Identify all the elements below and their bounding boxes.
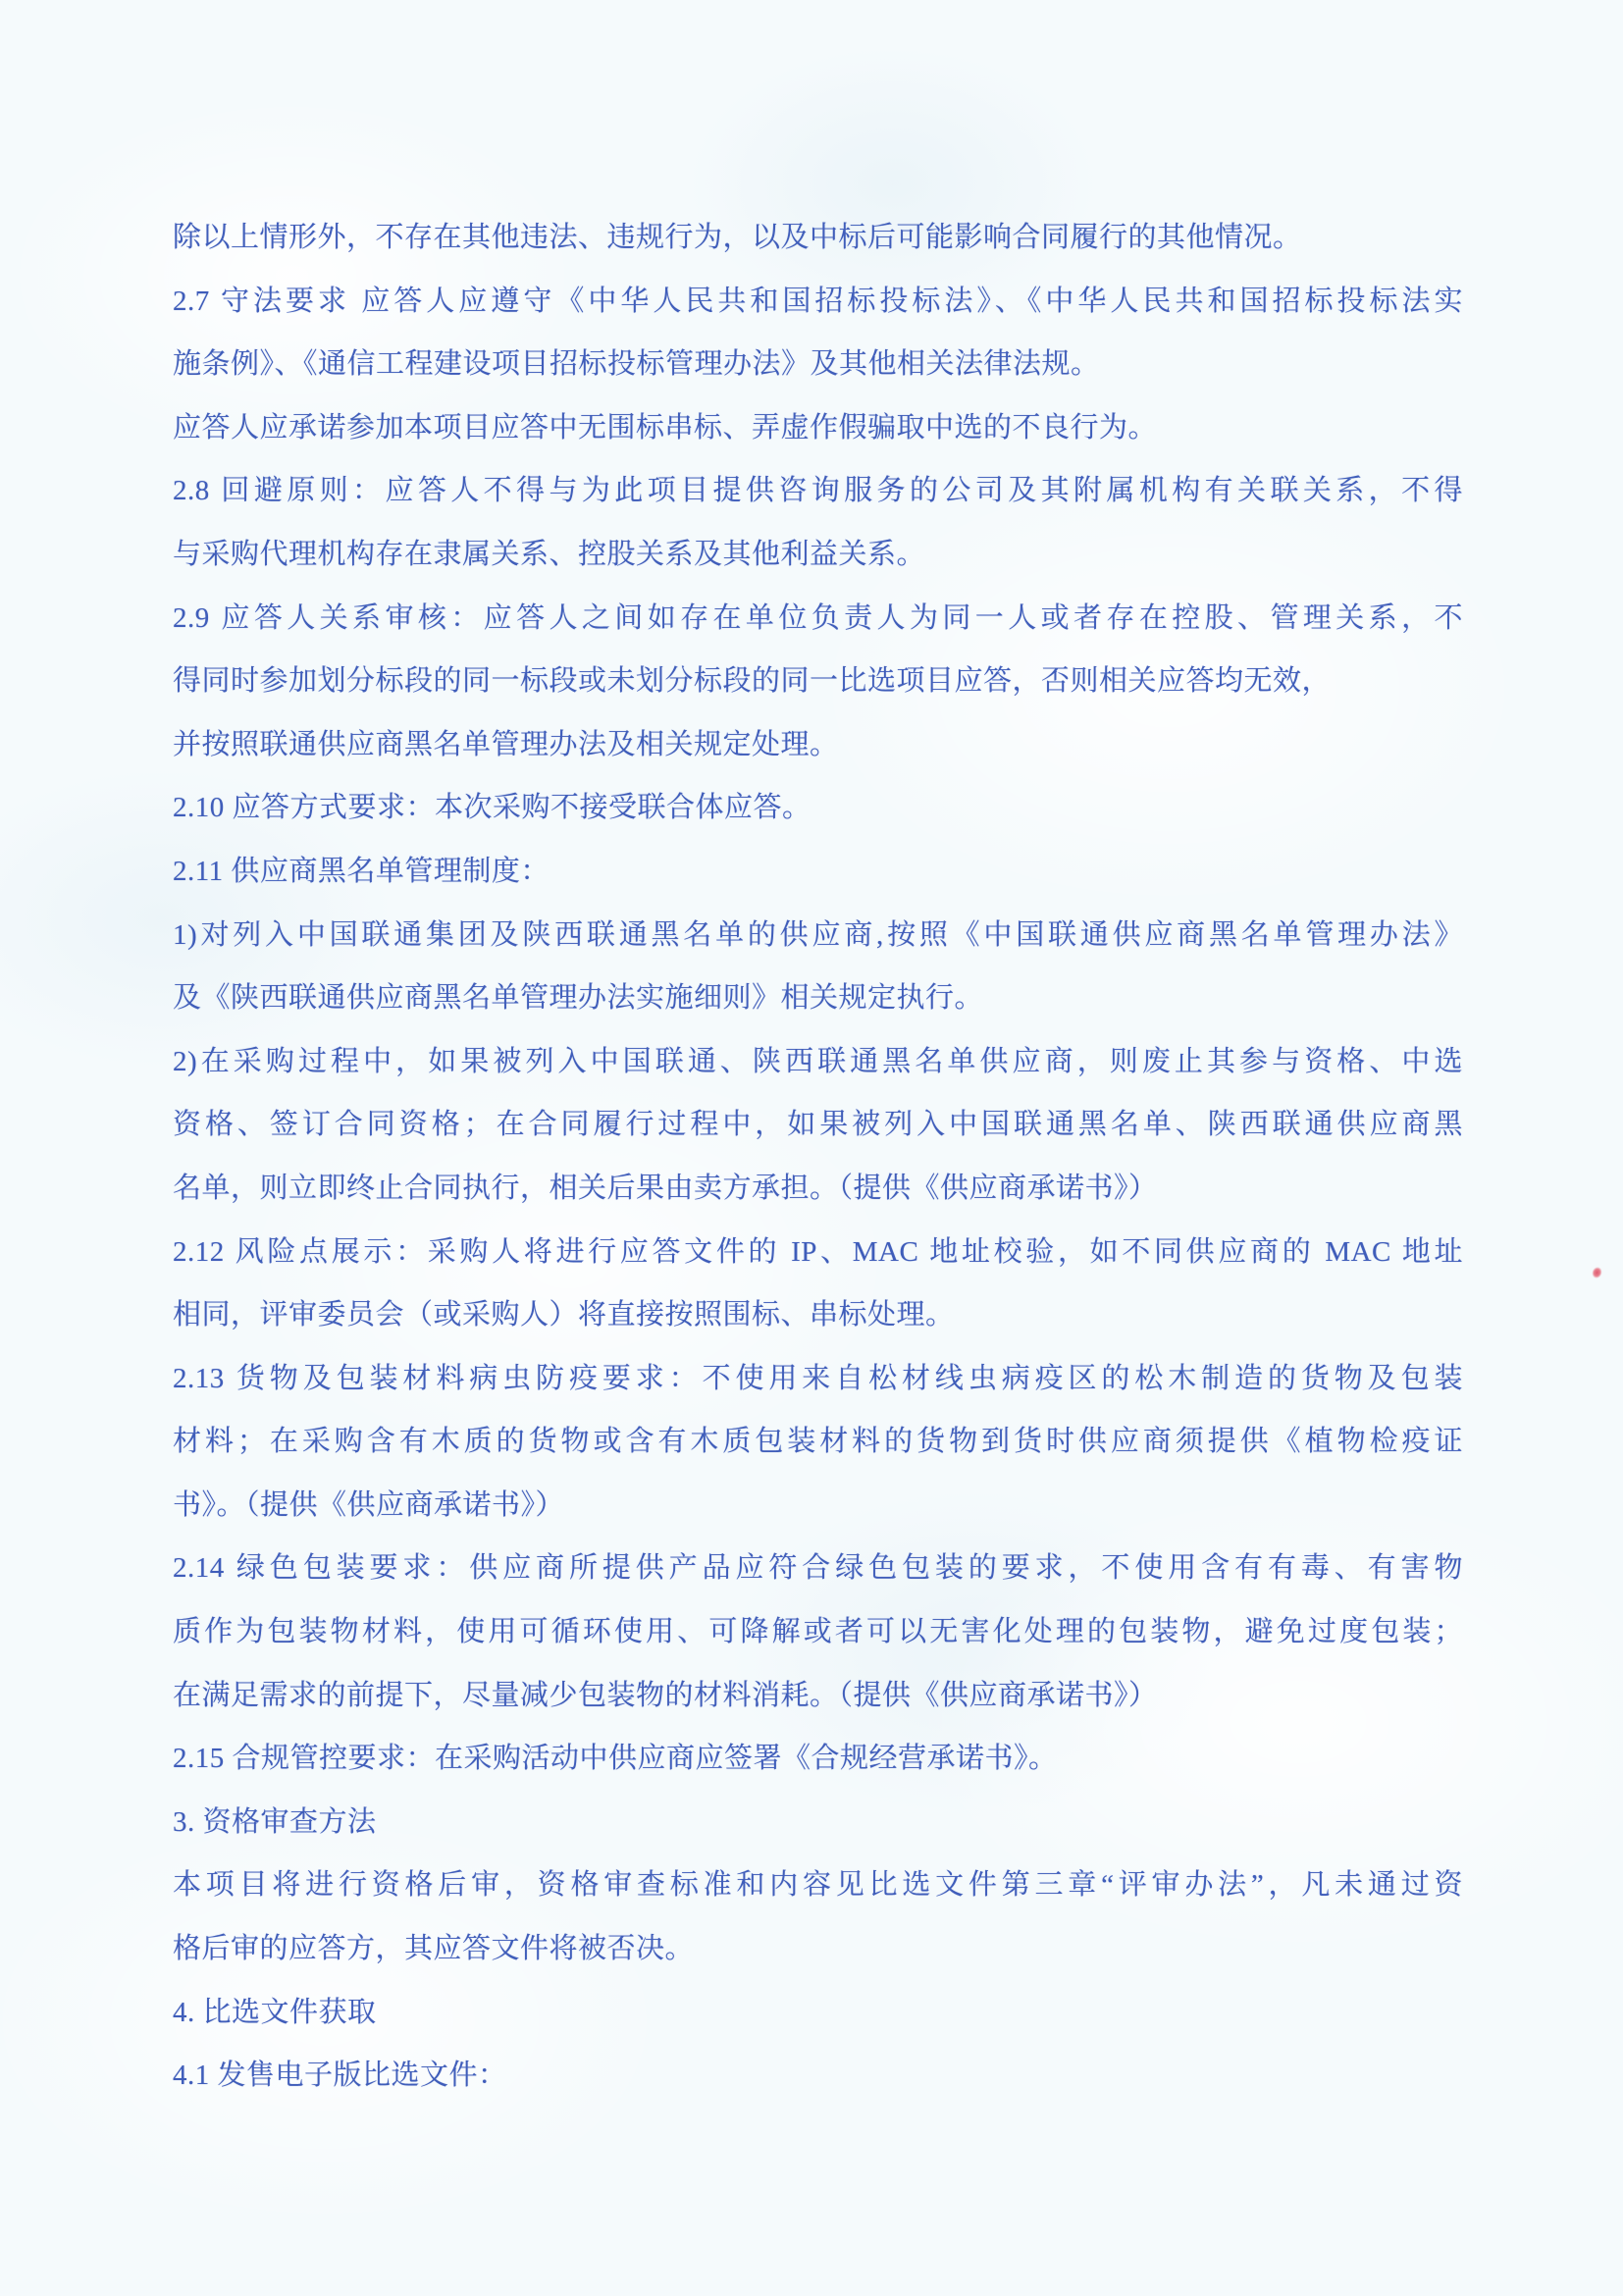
text-line: 除以上情形外，不存在其他违法、违规行为，以及中标后可能影响合同履行的其他情况。 (173, 206, 1463, 270)
text-line: 应答人应承诺参加本项目应答中无围标串标、弄虚作假骗取中选的不良行为。 (173, 396, 1463, 460)
text-line: 3. 资格审查方法 (173, 1791, 1463, 1854)
red-ink-mark (1590, 1265, 1603, 1279)
text-line: 相同，评审委员会（或采购人）将直接按照围标、串标处理。 (173, 1283, 1463, 1347)
document-text-block: 除以上情形外，不存在其他违法、违规行为，以及中标后可能影响合同履行的其他情况。 … (173, 206, 1463, 2108)
text-line: 并按照联通供应商黑名单管理办法及相关规定处理。 (173, 713, 1463, 777)
text-line: 名单，则立即终止合同执行，相关后果由卖方承担。（提供《供应商承诺书》） (173, 1157, 1463, 1221)
text-line: 及《陕西联通供应商黑名单管理办法实施细则》相关规定执行。 (173, 966, 1463, 1030)
text-line: 与采购代理机构存在隶属关系、控股关系及其他利益关系。 (173, 523, 1463, 587)
scanned-document-page: 除以上情形外，不存在其他违法、违规行为，以及中标后可能影响合同履行的其他情况。 … (0, 0, 1623, 2296)
text-line: 得同时参加划分标段的同一标段或未划分标段的同一比选项目应答，否则相关应答均无效， (173, 650, 1463, 713)
text-line: 质作为包装物材料，使用可循环使用、可降解或者可以无害化处理的包装物，避免过度包装… (173, 1600, 1463, 1664)
text-line: 施条例》、《通信工程建设项目招标投标管理办法》及其他相关法律法规。 (173, 333, 1463, 396)
text-line: 4.1 发售电子版比选文件： (173, 2044, 1463, 2108)
text-line: 2.10 应答方式要求：本次采购不接受联合体应答。 (173, 776, 1463, 840)
text-line: 在满足需求的前提下，尽量减少包装物的材料消耗。（提供《供应商承诺书》） (173, 1664, 1463, 1728)
text-line: 材料；在采购含有木质的货物或含有木质包装材料的货物到货时供应商须提供《植物检疫证 (173, 1410, 1463, 1474)
text-line: 2.9 应答人关系审核：应答人之间如存在单位负责人为同一人或者存在控股、管理关系… (173, 587, 1463, 651)
text-line: 格后审的应答方，其应答文件将被否决。 (173, 1917, 1463, 1981)
text-line: 2)在采购过程中，如果被列入中国联通、陕西联通黑名单供应商，则废止其参与资格、中… (173, 1030, 1463, 1094)
text-line: 2.13 货物及包装材料病虫防疫要求：不使用来自松材线虫病疫区的松木制造的货物及… (173, 1347, 1463, 1411)
text-line: 4. 比选文件获取 (173, 1981, 1463, 2045)
text-line: 2.12 风险点展示：采购人将进行应答文件的 IP、MAC 地址校验，如不同供应… (173, 1221, 1463, 1284)
text-line: 本项目将进行资格后审，资格审查标准和内容见比选文件第三章“评审办法”，凡未通过资 (173, 1853, 1463, 1917)
text-line: 资格、签订合同资格；在合同履行过程中，如果被列入中国联通黑名单、陕西联通供应商黑 (173, 1093, 1463, 1157)
text-line: 2.11 供应商黑名单管理制度： (173, 840, 1463, 904)
text-line: 书》。（提供《供应商承诺书》） (173, 1474, 1463, 1538)
text-line: 2.7 守法要求 应答人应遵守《中华人民共和国招标投标法》、《中华人民共和国招标… (173, 270, 1463, 334)
text-line: 2.15 合规管控要求：在采购活动中供应商应签署《合规经营承诺书》。 (173, 1727, 1463, 1791)
text-line: 1)对列入中国联通集团及陕西联通黑名单的供应商,按照《中国联通供应商黑名单管理办… (173, 904, 1463, 967)
text-line: 2.14 绿色包装要求：供应商所提供产品应符合绿色包装的要求，不使用含有有毒、有… (173, 1537, 1463, 1600)
text-line: 2.8 回避原则：应答人不得与为此项目提供咨询服务的公司及其附属机构有关联关系，… (173, 459, 1463, 523)
